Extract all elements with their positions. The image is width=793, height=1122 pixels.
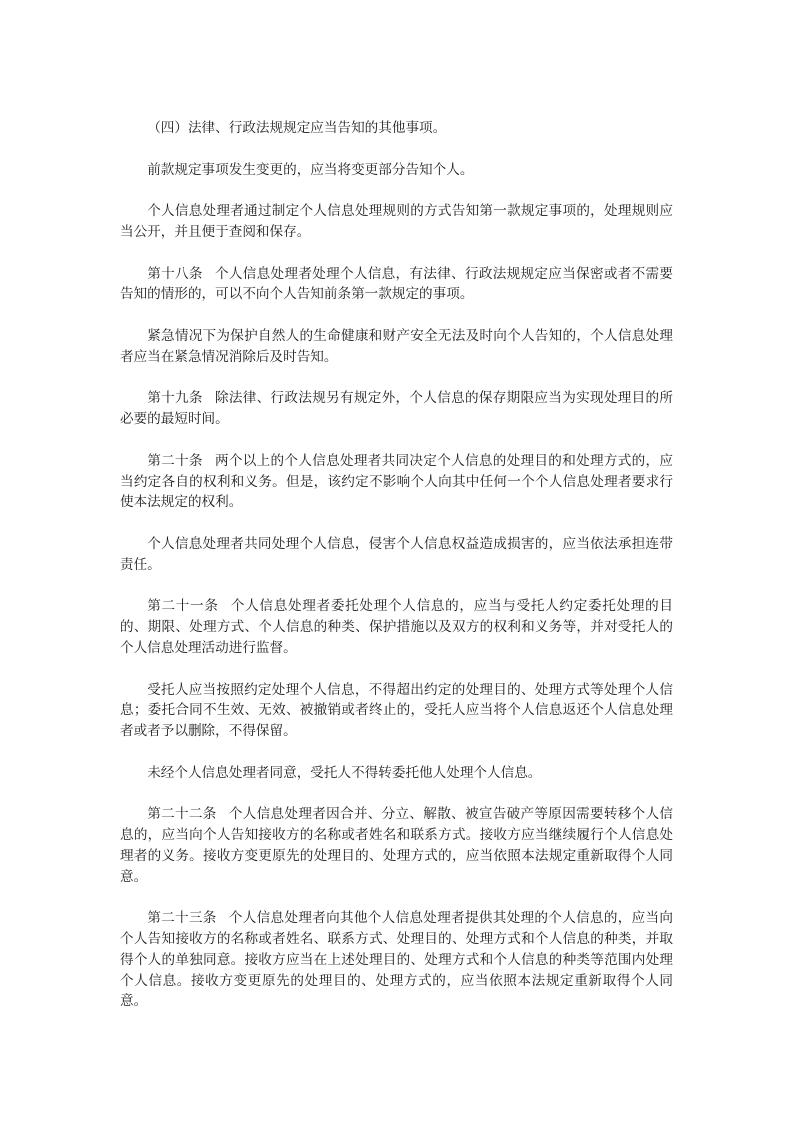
article-20: 第二十条两个以上的个人信息处理者共同决定个人信息的处理目的和处理方式的，应当约定… <box>120 451 673 513</box>
article-number: 第二十条 <box>147 453 203 469</box>
article-19: 第十九条除法律、行政法规另有规定外，个人信息的保存期限应当为实现处理目的所必要的… <box>120 388 673 430</box>
article-number: 第十九条 <box>147 390 203 406</box>
article-18: 第十八条个人信息处理者处理个人信息，有法律、行政法规规定应当保密或者不需要告知的… <box>120 264 673 306</box>
article-number: 第二十一条 <box>147 598 218 614</box>
paragraph-change-notice: 前款规定事项发生变更的，应当将变更部分告知个人。 <box>120 160 673 181</box>
paragraph-text: 未经个人信息处理者同意，受托人不得转委托他人处理个人信息。 <box>147 765 541 781</box>
paragraph-text: 个人信息处理者通过制定个人信息处理规则的方式告知第一款规定事项的，处理规则应当公… <box>120 203 673 240</box>
paragraph-item-4-notice: （四）法律、行政法规规定应当告知的其他事项。 <box>120 118 673 139</box>
article-number: 第二十二条 <box>147 806 216 822</box>
paragraph-emergency: 紧急情况下为保护自然人的生命健康和财产安全无法及时向个人告知的，个人信息处理者应… <box>120 326 673 368</box>
paragraph-text: 前款规定事项发生变更的，应当将变更部分告知个人。 <box>147 162 473 178</box>
paragraph-processing-rules: 个人信息处理者通过制定个人信息处理规则的方式告知第一款规定事项的，处理规则应当公… <box>120 201 673 243</box>
paragraph-joint-liability: 个人信息处理者共同处理个人信息，侵害个人信息权益造成损害的，应当依法承担连带责任… <box>120 534 673 576</box>
paragraph-entrusted-party: 受托人应当按照约定处理个人信息，不得超出约定的处理目的、处理方式等处理个人信息；… <box>120 680 673 742</box>
paragraph-text: 受托人应当按照约定处理个人信息，不得超出约定的处理目的、处理方式等处理个人信息；… <box>120 682 673 740</box>
article-22: 第二十二条个人信息处理者因合并、分立、解散、被宣告破产等原因需要转移个人信息的，… <box>120 804 673 887</box>
paragraph-text: 紧急情况下为保护自然人的生命健康和财产安全无法及时向个人告知的，个人信息处理者应… <box>120 328 673 365</box>
document-page: （四）法律、行政法规规定应当告知的其他事项。 前款规定事项发生变更的，应当将变更… <box>120 118 673 1033</box>
article-number: 第二十三条 <box>147 910 216 926</box>
paragraph-no-subcontracting: 未经个人信息处理者同意，受托人不得转委托他人处理个人信息。 <box>120 763 673 784</box>
paragraph-text: 个人信息处理者共同处理个人信息，侵害个人信息权益造成损害的，应当依法承担连带责任… <box>120 536 673 573</box>
article-21: 第二十一条个人信息处理者委托处理个人信息的，应当与受托人约定委托处理的目的、期限… <box>120 596 673 658</box>
article-number: 第十八条 <box>147 266 203 282</box>
paragraph-text: （四）法律、行政法规规定应当告知的其他事项。 <box>147 120 446 136</box>
article-23: 第二十三条个人信息处理者向其他个人信息处理者提供其处理的个人信息的，应当向个人告… <box>120 908 673 1012</box>
